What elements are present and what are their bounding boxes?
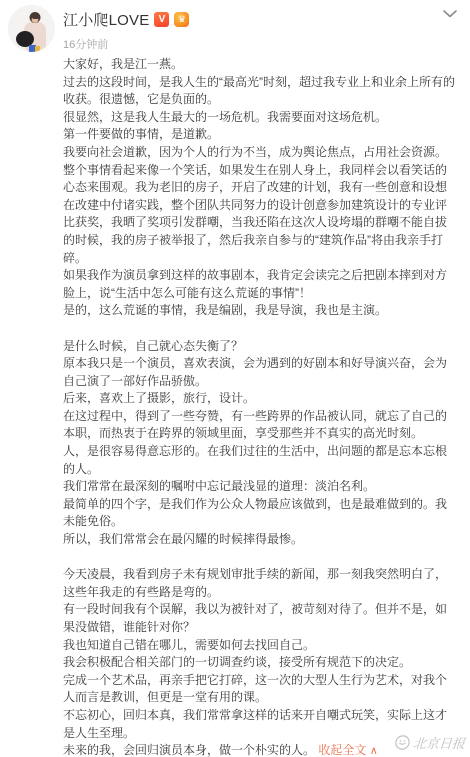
post-paragraph: 在这过程中，得到了一些夸赞，有一些跨界的作品被认同，就忘了自己的本职，而热衷于在… <box>63 408 457 443</box>
membership-badge-icon: ♛ <box>174 12 189 27</box>
beijing-daily-logo-icon <box>394 735 410 750</box>
verified-badge-icon: V <box>154 12 169 27</box>
post-paragraph: 我们常常在最深刻的嘱咐中忘记最浅显的道理：淡泊名利。 <box>63 478 457 496</box>
weibo-post-screen: 江小爬LOVE V ♛ 16分钟前 大家好，我是江一燕。过去的这段时间，是我人生… <box>0 0 470 757</box>
post-paragraph: 整个事情看起来像一个笑话，如果发生在别人身上，我同样会以看笑话的心态来围观。我为… <box>63 162 457 268</box>
watermark: 北京日报 <box>394 733 465 752</box>
post-paragraph: 我要向社会道歉，因为个人的行为不当，成为舆论焦点，占用社会资源。 <box>63 144 457 162</box>
post-body: 大家好，我是江一燕。过去的这段时间，是我人生的“最高光”时刻，超过我专业上和业余… <box>63 56 457 757</box>
chevron-up-icon[interactable]: ∧ <box>370 745 378 757</box>
avatar-image <box>8 5 55 52</box>
chevron-down-icon[interactable] <box>442 6 458 22</box>
paragraph-gap <box>63 320 457 338</box>
username[interactable]: 江小爬LOVE <box>63 9 149 30</box>
paragraph-gap <box>63 549 457 567</box>
post-paragraph: 有一段时间我有个误解，我以为被针对了，被苛刻对待了。但并不是，如果没做错，谁能针… <box>63 601 457 636</box>
post-paragraph: 是的，这么荒诞的事情，我是编剧，我是导演，我也是主演。 <box>63 302 457 320</box>
post-paragraph: 今天凌晨，我看到房子未有规划审批手续的新闻，那一刻我突然明白了，这些年我走的有些… <box>63 566 457 601</box>
post-paragraph: 第一件要做的事情，是道歉。 <box>63 126 457 144</box>
post-paragraph: 后来，喜欢上了摄影，旅行，设计。 <box>63 390 457 408</box>
post-paragraph: 所以，我们常常会在最闪耀的时候摔得最惨。 <box>63 531 457 549</box>
post-paragraph: 过去的这段时间，是我人生的“最高光”时刻，超过我专业上和业余上所有的收获。很遗憾… <box>63 74 457 109</box>
watermark-text: 北京日报 <box>412 733 465 752</box>
post-paragraph: 完成一个艺术品，再亲手把它打碎，这一次的大型人生行为艺术，对我个人而言是教训，但… <box>63 672 457 707</box>
post-paragraph: 我会积极配合相关部门的一切调查约谈，接受所有规范下的决定。 <box>63 654 457 672</box>
post-paragraph: 很显然，这是我人生最大的一场危机。我需要面对这场危机。 <box>63 109 457 127</box>
avatar[interactable] <box>8 5 55 52</box>
post-timestamp: 16分钟前 <box>63 36 108 52</box>
collapse-full-text-link[interactable]: 收起全文 <box>318 743 366 757</box>
post-paragraph: 最简单的四个字，是我们作为公众人物最应该做到，也是最难做到的。我未能免俗。 <box>63 496 457 531</box>
post-paragraph: 是什么时候，自己就心态失衡了？ <box>63 338 457 356</box>
post-paragraph: 如果我作为演员拿到这样的故事剧本，我肯定会读完之后把剧本摔到对方脸上，说“生活中… <box>63 267 457 302</box>
post-paragraph: 原本我只是一个演员，喜欢表演，会为遇到的好剧本和好导演兴奋，会为自己演了一部好作… <box>63 355 457 390</box>
post-paragraph: 人，是很容易得意忘形的。在我们过往的生活中，出问题的都是忘本忘根的人。 <box>63 443 457 478</box>
post-paragraph: 大家好，我是江一燕。 <box>63 56 457 74</box>
post-paragraph: 我也知道自己错在哪儿，需要如何去找回自己。 <box>63 637 457 655</box>
